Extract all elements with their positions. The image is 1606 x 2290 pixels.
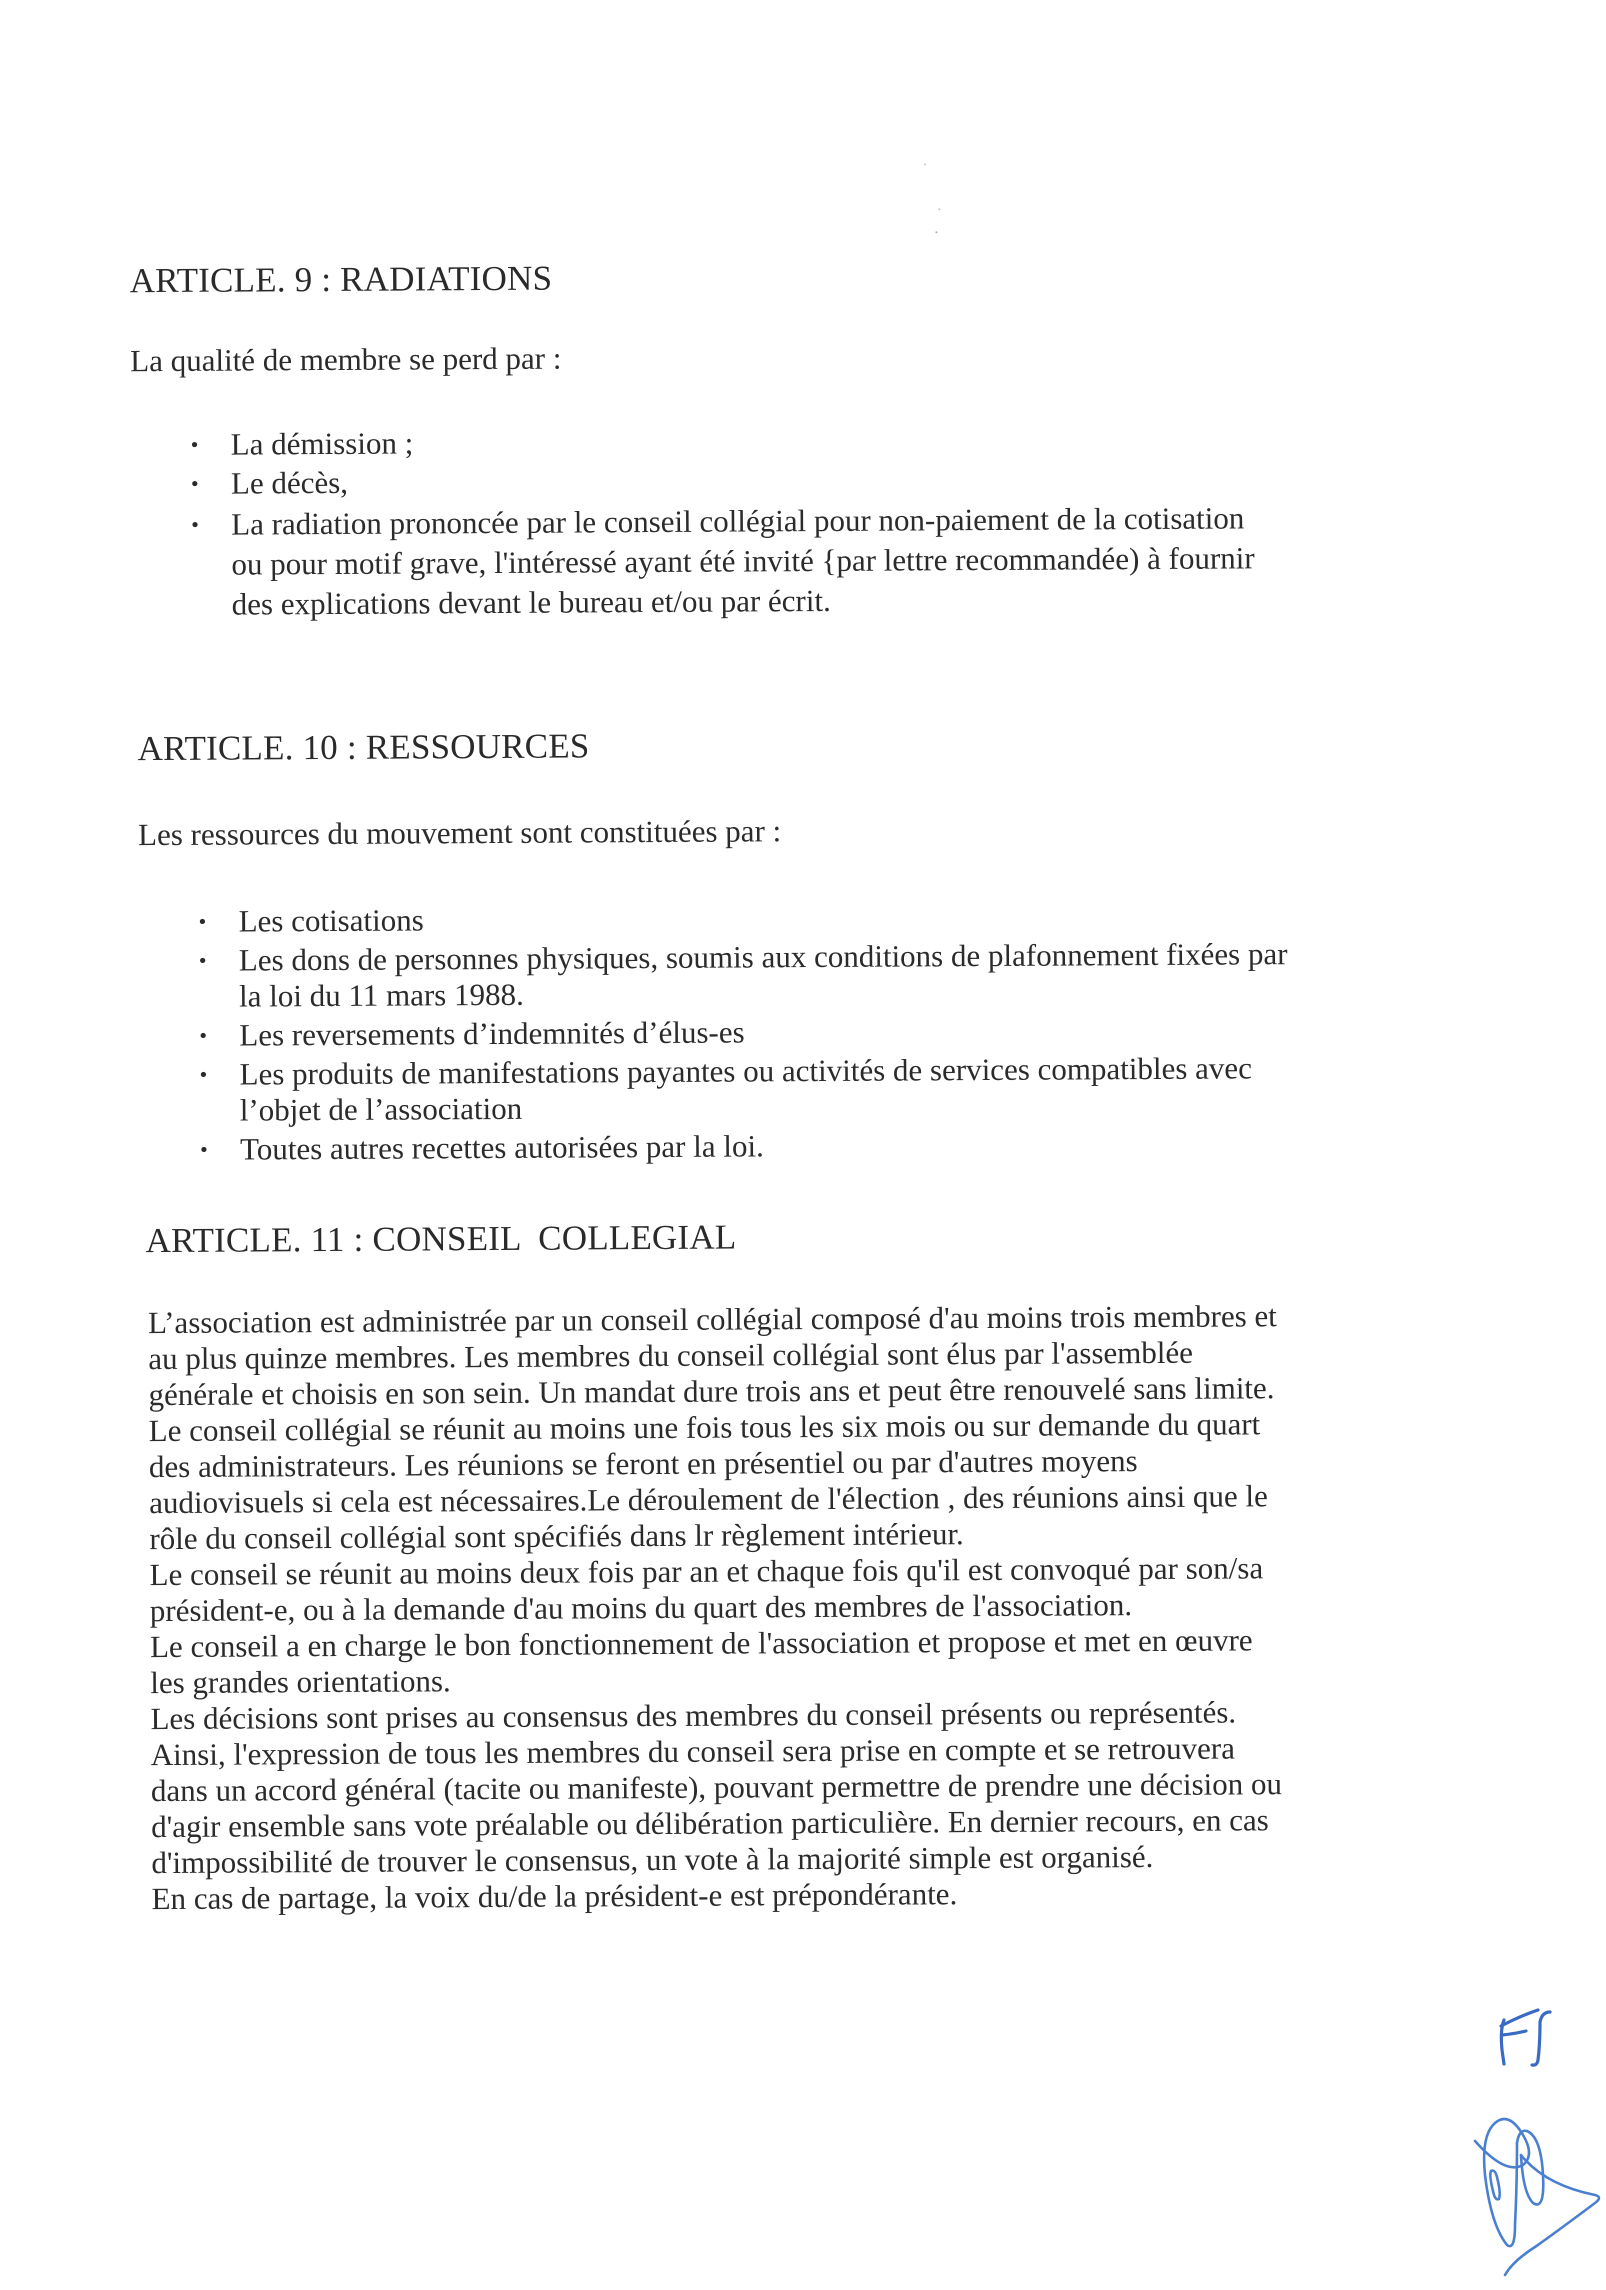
bullet-icon: • bbox=[199, 943, 207, 979]
handwritten-initials-icon bbox=[1490, 2000, 1570, 2075]
body-line: audiovisuels si cela est nécessaires.Le … bbox=[149, 1478, 1280, 1521]
bullet-icon: • bbox=[199, 904, 207, 940]
bullet-icon: • bbox=[199, 1018, 207, 1054]
body-line: d'impossibilité de trouver le consensus,… bbox=[151, 1838, 1282, 1881]
bullet-icon: • bbox=[200, 1132, 208, 1168]
list-item-text: Le décès, bbox=[231, 465, 348, 501]
list-item: • La démission ; bbox=[131, 420, 1254, 463]
list-item-text: l’objet de l’association bbox=[240, 1086, 1289, 1128]
article-11-heading: ARTICLE. 11 : CONSEIL COLLEGIAL bbox=[145, 1218, 736, 1262]
bullet-icon: • bbox=[191, 505, 199, 545]
list-item-text: Toutes autres recettes autorisées par la… bbox=[240, 1128, 764, 1166]
list-item-text: Les cotisations bbox=[239, 902, 424, 938]
list-item: • Le décès, bbox=[131, 459, 1254, 502]
list-item: • Les dons de personnes physiques, soumi… bbox=[139, 936, 1288, 1015]
list-item-text: Les reversements d’indemnités d’élus-es bbox=[239, 1014, 745, 1052]
list-item-text: ou pour motif grave, l'intéressé ayant é… bbox=[231, 538, 1254, 584]
list-item-text: La démission ; bbox=[231, 425, 414, 461]
list-item: • Les produits de manifestations payante… bbox=[139, 1050, 1288, 1129]
list-item: • La radiation prononcée par le conseil … bbox=[131, 498, 1255, 625]
article-10-list: • Les cotisations • Les dons de personne… bbox=[139, 897, 1289, 1171]
article-9-list: • La démission ; • Le décès, • La radiat… bbox=[131, 420, 1255, 628]
article-9-heading: ARTICLE. 9 : RADIATIONS bbox=[130, 259, 553, 302]
list-item: • Les cotisations bbox=[139, 897, 1288, 940]
list-item-text: des explications devant le bureau et/ou … bbox=[232, 578, 1255, 624]
article-10-heading: ARTICLE. 10 : RESSOURCES bbox=[137, 726, 589, 769]
article-11-body: L’association est administrée par un con… bbox=[148, 1298, 1283, 1917]
list-item-text: Les dons de personnes physiques, soumis … bbox=[239, 936, 1288, 978]
list-item-text: La radiation prononcée par le conseil co… bbox=[231, 498, 1254, 544]
article-10-intro: Les ressources du mouvement sont constit… bbox=[138, 813, 781, 853]
handwritten-signature-icon bbox=[1465, 2115, 1606, 2290]
scan-speck bbox=[935, 231, 937, 233]
document-page: ARTICLE. 9 : RADIATIONS La qualité de me… bbox=[0, 0, 1606, 2290]
bullet-icon: • bbox=[199, 1057, 207, 1093]
body-line: Le conseil a en charge le bon fonctionne… bbox=[150, 1622, 1281, 1665]
list-item-text: Les produits de manifestations payantes … bbox=[239, 1050, 1288, 1092]
list-item: • Les reversements d’indemnités d’élus-e… bbox=[139, 1011, 1288, 1054]
scan-speck bbox=[938, 208, 940, 210]
article-9-intro: La qualité de membre se perd par : bbox=[130, 341, 561, 380]
bullet-icon: • bbox=[191, 427, 199, 463]
list-item-text: la loi du 11 mars 1988. bbox=[239, 972, 1288, 1014]
list-item: • Toutes autres recettes autorisées par … bbox=[140, 1125, 1289, 1168]
body-line: En cas de partage, la voix du/de la prés… bbox=[151, 1874, 1282, 1917]
bullet-icon: • bbox=[191, 466, 199, 502]
scan-speck bbox=[924, 163, 926, 165]
